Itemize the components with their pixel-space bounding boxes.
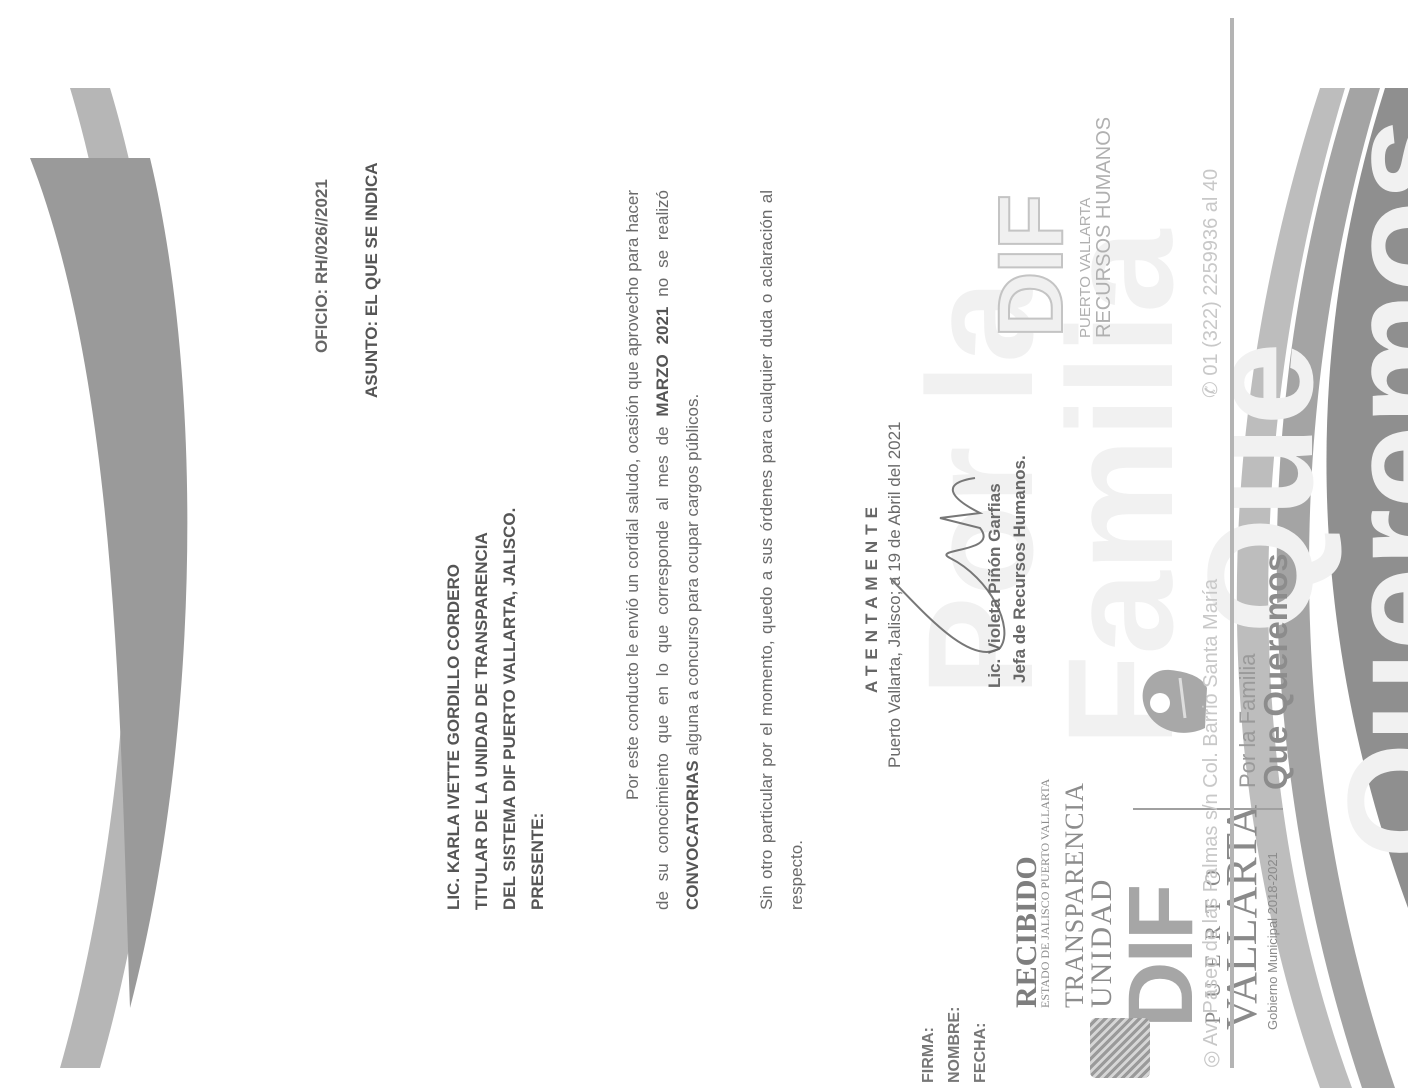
footer-rule	[1230, 18, 1234, 1068]
phone-icon: ✆	[1200, 381, 1222, 398]
addressee-title: TITULAR DE LA UNIDAD DE TRANSPARENCIA	[468, 508, 496, 910]
keyword-highlight: CONVOCATORIAS	[683, 760, 702, 910]
footer-phone: ✆ 01 (322) 2259936 al 40	[1198, 169, 1223, 398]
recursos-humanos-logo: DIF PUERTO VALLARTA RECURSOS HUMANOS	[985, 118, 1125, 338]
addressee-org: DEL SISTEMA DIF PUERTO VALLARTA, JALISCO…	[496, 508, 524, 910]
addressee-presente: PRESENTE:	[524, 508, 552, 910]
closing-salutation: ATENTAMENTE	[862, 501, 882, 693]
body-paragraph-1: Por este conducto le envió un cordial sa…	[618, 190, 708, 910]
signer-name: Lic. Violeta Piñón Garfias	[985, 483, 1005, 688]
letter-page: Por la Familia Que Queremos DIF PUERTO V…	[0, 0, 1408, 1088]
stamp-firma: FIRMA:	[920, 1027, 938, 1083]
month-highlight: MARZO 2021	[653, 307, 672, 417]
footer-address: ◎ Av. Paseo de las Palmas s/n Col. Barri…	[1198, 579, 1223, 1068]
location-pin-icon: ◎	[1200, 1051, 1222, 1068]
addressee-name: LIC. KARLA IVETTE GORDILLO CORDERO	[440, 508, 468, 910]
reception-stamp: UNIDAD TRANSPARENCIA ESTADO DE JALISCO P…	[960, 783, 1160, 1083]
body-paragraph-2: Sin otro particular por el momento, qued…	[752, 190, 812, 910]
logo-city-line2: VALLARTA	[1219, 805, 1265, 1030]
oficio-number: OFICIO: RH/026//2021	[312, 179, 332, 353]
stamp-nombre: NOMBRE:	[946, 1007, 964, 1083]
asunto-subject: ASUNTO: EL QUE SE INDICA	[362, 162, 382, 398]
stamp-fecha: FECHA:	[972, 1023, 990, 1083]
addressee-block: LIC. KARLA IVETTE GORDILLO CORDERO TITUL…	[440, 508, 552, 910]
signer-role: Jefa de Recursos Humanos.	[1010, 455, 1030, 683]
slogan-line2: Que Queremos	[1257, 553, 1295, 790]
logo-government: Gobierno Municipal 2018-2021	[1265, 852, 1280, 1030]
seal-icon	[1090, 1018, 1150, 1078]
